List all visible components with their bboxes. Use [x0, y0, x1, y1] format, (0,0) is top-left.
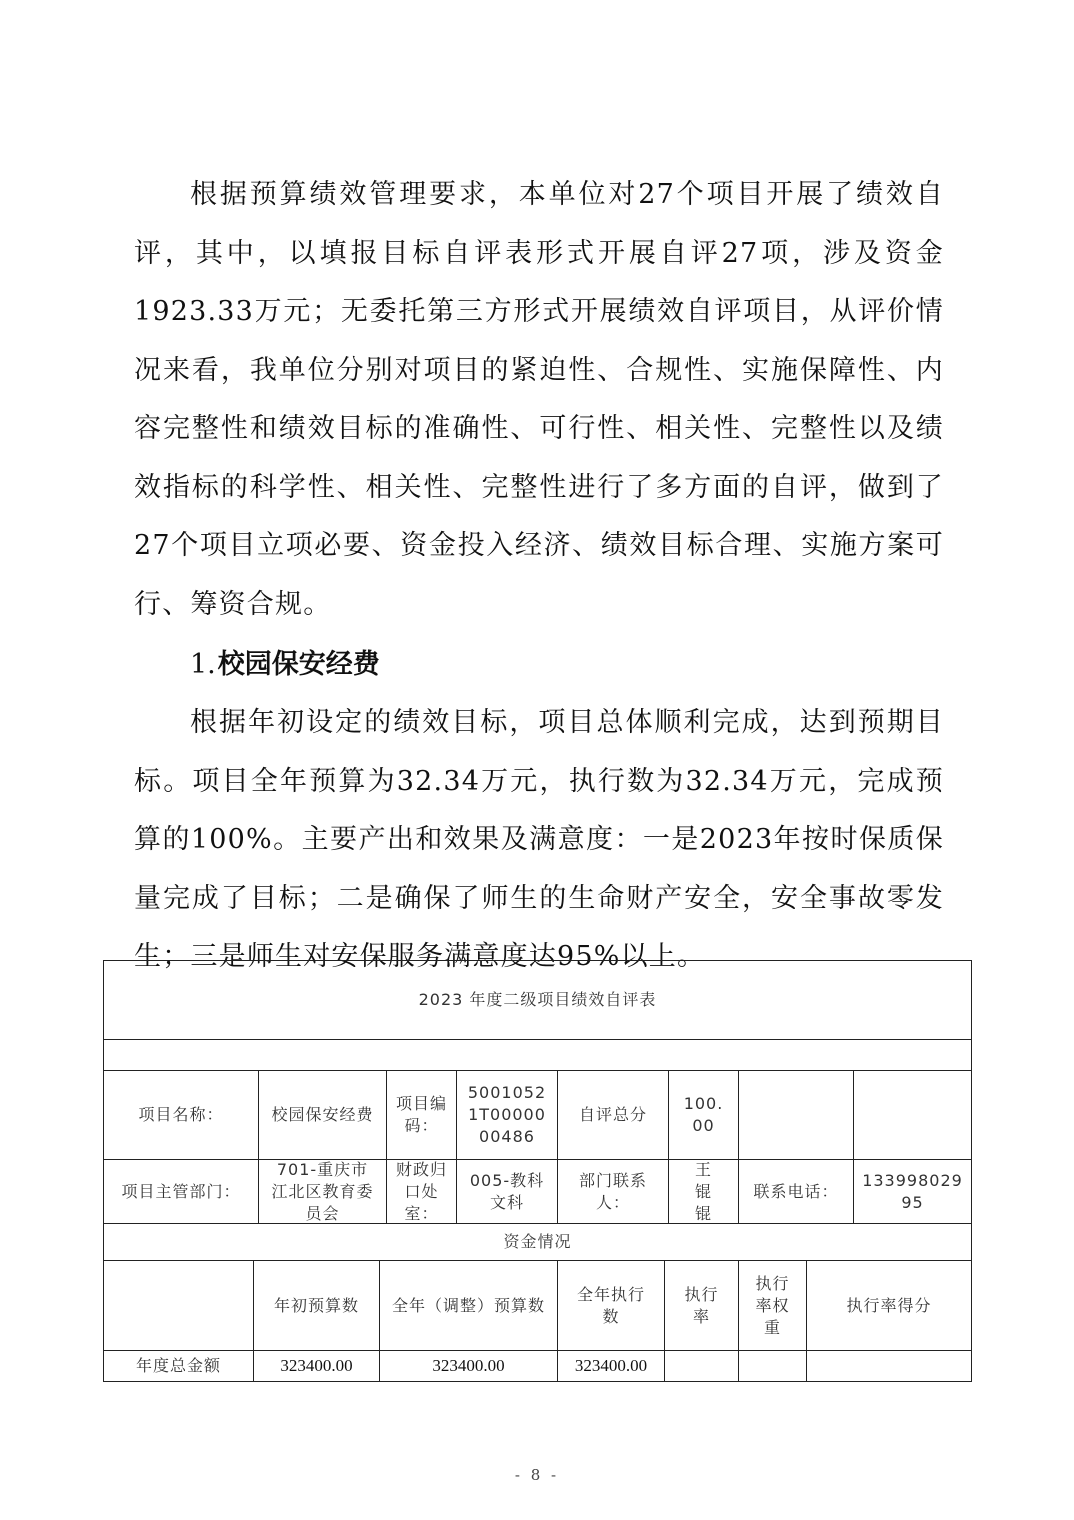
- rate-value: [665, 1351, 739, 1381]
- adjusted-budget-value: 323400.00: [380, 1351, 558, 1381]
- contact-value: 王锟锟: [669, 1160, 739, 1223]
- finance-office-value: 005-教科文科: [457, 1160, 558, 1223]
- empty-cell: [854, 1071, 971, 1159]
- project-name-label: 项目名称：: [104, 1071, 259, 1159]
- phone-label: 联系电话：: [739, 1160, 854, 1223]
- score-label: 自评总分: [558, 1071, 669, 1159]
- contact-label: 部门联系人：: [558, 1160, 669, 1223]
- header-executed: 全年执行数: [558, 1261, 665, 1350]
- weight-value: [739, 1351, 807, 1381]
- project-code-value: 50010521T0000000486: [457, 1071, 558, 1159]
- rate-score-value: [807, 1351, 971, 1381]
- executed-value: 323400.00: [558, 1351, 665, 1381]
- fund-header-row: 年初预算数 全年（调整）预算数 全年执行数 执行率 执行率权重 执行率得分: [104, 1261, 971, 1351]
- intro-paragraph: 根据预算绩效管理要求，本单位对27个项目开展了绩效自评，其中，以填报目标自评表形…: [134, 166, 944, 634]
- section-title: 校园保安经费: [218, 649, 380, 680]
- page-number: - 8 -: [0, 1466, 1074, 1484]
- table-blank-row: [104, 1040, 971, 1071]
- project-code-label: 项目编码：: [387, 1071, 457, 1159]
- table-title-row: 2023 年度二级项目绩效自评表: [104, 961, 971, 1040]
- fund-section-title: 资金情况: [104, 1224, 971, 1260]
- table-row: 年度总金额 323400.00 323400.00 323400.00: [104, 1351, 971, 1381]
- section-heading: 1.校园保安经费: [190, 640, 380, 690]
- initial-budget-value: 323400.00: [254, 1351, 380, 1381]
- dept-label: 项目主管部门：: [104, 1160, 259, 1223]
- self-evaluation-table: 2023 年度二级项目绩效自评表 项目名称： 校园保安经费 项目编码： 5001…: [103, 960, 972, 1382]
- header-rate-score: 执行率得分: [807, 1261, 971, 1350]
- project-name-value: 校园保安经费: [259, 1071, 387, 1159]
- dept-value: 701-重庆市江北区教育委员会: [259, 1160, 387, 1223]
- blank-cell: [104, 1040, 971, 1070]
- section-paragraph: 根据年初设定的绩效目标，项目总体顺利完成，达到预期目标。项目全年预算为32.34…: [134, 694, 944, 987]
- empty-cell: [739, 1071, 854, 1159]
- header-rate: 执行率: [665, 1261, 739, 1350]
- document-page: 根据预算绩效管理要求，本单位对27个项目开展了绩效自评，其中，以填报目标自评表形…: [0, 0, 1074, 1520]
- phone-value: 13399802995: [854, 1160, 971, 1223]
- finance-office-label: 财政归口处室：: [387, 1160, 457, 1223]
- section-number: 1.: [190, 649, 216, 680]
- score-value: 100.00: [669, 1071, 739, 1159]
- table-row-department: 项目主管部门： 701-重庆市江北区教育委员会 财政归口处室： 005-教科文科…: [104, 1160, 971, 1224]
- table-row-project: 项目名称： 校园保安经费 项目编码： 50010521T0000000486 自…: [104, 1071, 971, 1160]
- table-title: 2023 年度二级项目绩效自评表: [104, 961, 971, 1039]
- header-adjusted-budget: 全年（调整）预算数: [380, 1261, 558, 1350]
- header-weight: 执行率权重: [739, 1261, 807, 1350]
- fund-section-row: 资金情况: [104, 1224, 971, 1261]
- header-empty: [104, 1261, 254, 1350]
- row-label: 年度总金额: [104, 1351, 254, 1381]
- header-initial-budget: 年初预算数: [254, 1261, 380, 1350]
